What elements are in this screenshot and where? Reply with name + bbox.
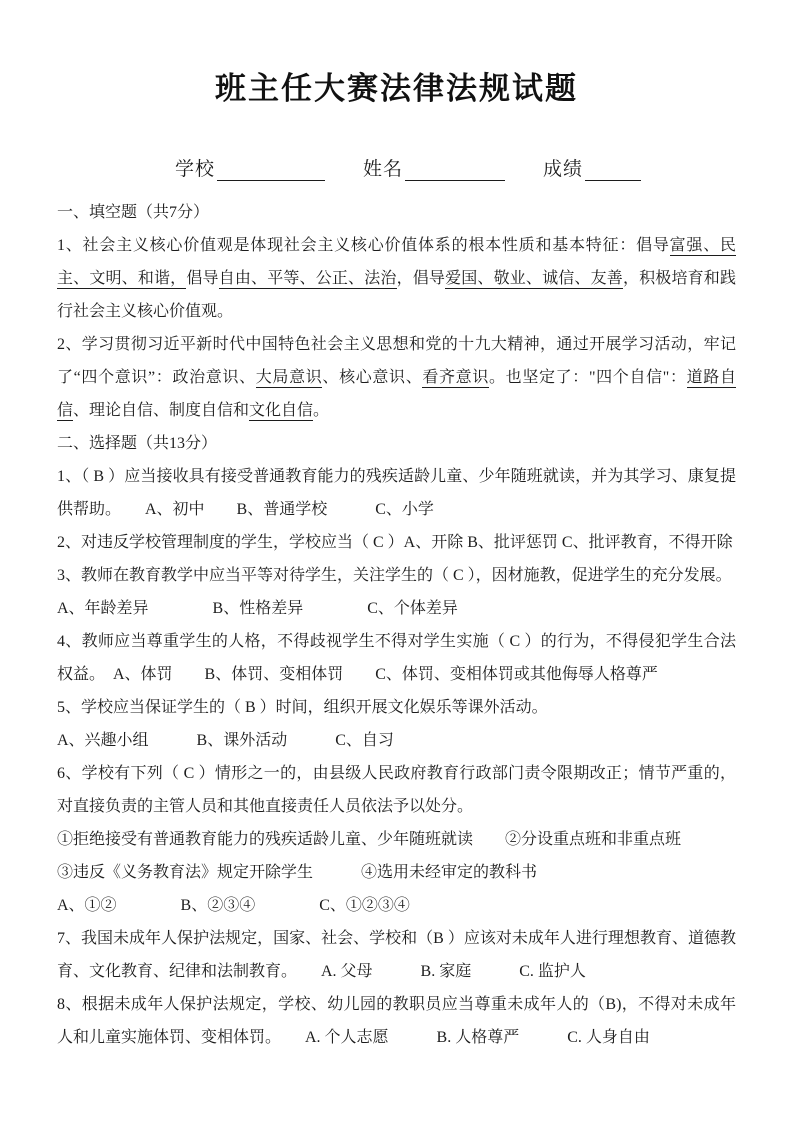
text-run: 3、教师在教育教学中应当平等对待学生，关注学生的（ C ），因材施教，促进学生的… <box>57 567 732 584</box>
text-run: A、①② B、②③④ C、①②③④ <box>57 897 410 914</box>
choice-question-5: 5、学校应当保证学生的（ B ）时间，组织开展文化娱乐等课外活动。 <box>57 691 736 724</box>
score-blank <box>585 160 641 181</box>
fill-in-answer: 大局意识 <box>256 369 323 388</box>
header-fields: 学校 姓名 成绩 <box>57 154 736 181</box>
document-page: 班主任大赛法律法规试题 学校 姓名 成绩 一、填空题（共7分）1、社会主义核心价… <box>0 0 793 1122</box>
choice-question-2: 2、对违反学校管理制度的学生，学校应当（ C ）A、开除 B、批评惩罚 C、批评… <box>57 526 736 559</box>
choice-question-6-items-1-2: ①拒绝接受有普通教育能力的残疾适龄儿童、少年随班就读 ②分设重点班和非重点班 <box>57 823 736 856</box>
fill-in-answer: 看齐意识 <box>422 369 489 388</box>
fill-in-answer: 自由、平等、公正、法治 <box>219 270 397 289</box>
section-2-heading: 二、选择题（共13分） <box>57 427 736 460</box>
choice-question-6-options: A、①② B、②③④ C、①②③④ <box>57 889 736 922</box>
score-label: 成绩 <box>543 154 583 181</box>
fill-question-2: 2、学习贯彻习近平新时代中国特色社会主义思想和党的十九大精神，通过开展学习活动，… <box>57 328 736 427</box>
text-run: 。也坚定了："四个自信"： <box>489 369 687 386</box>
page-title: 班主任大赛法律法规试题 <box>57 68 736 110</box>
text-run: 倡导 <box>186 270 218 287</box>
text-run: A、兴趣小组 B、课外活动 C、自习 <box>57 732 394 749</box>
choice-question-3-options: A、年龄差异 B、性格差异 C、个体差异 <box>57 592 736 625</box>
text-run: ③违反《义务教育法》规定开除学生 ④选用未经审定的教科书 <box>57 864 537 881</box>
text-run: 6、学校有下列（ C ）情形之一的，由县级人民政府教育行政部门责令限期改正；情节… <box>57 765 736 815</box>
text-run: 一、填空题（共7分） <box>57 204 209 221</box>
choice-question-6: 6、学校有下列（ C ）情形之一的，由县级人民政府教育行政部门责令限期改正；情节… <box>57 757 736 823</box>
choice-question-1: 1、（ B ）应当接收具有接受普通教育能力的残疾适龄儿童、少年随班就读，并为其学… <box>57 460 736 526</box>
document-body: 一、填空题（共7分）1、社会主义核心价值观是体现社会主义核心价值体系的根本性质和… <box>57 196 736 1054</box>
name-field: 姓名 <box>363 154 505 181</box>
text-run: 4、教师应当尊重学生的人格，不得歧视学生不得对学生实施（ C ）的行为，不得侵犯… <box>57 633 736 683</box>
choice-question-7: 7、我国未成年人保护法规定，国家、社会、学校和（B ）应该对未成年人进行理想教育… <box>57 922 736 988</box>
text-run: A、年龄差异 B、性格差异 C、个体差异 <box>57 600 458 617</box>
score-field: 成绩 <box>543 154 641 181</box>
text-run: 二、选择题（共13分） <box>57 435 217 452</box>
choice-question-3: 3、教师在教育教学中应当平等对待学生，关注学生的（ C ），因材施教，促进学生的… <box>57 559 736 592</box>
choice-question-5-options: A、兴趣小组 B、课外活动 C、自习 <box>57 724 736 757</box>
school-blank <box>217 160 325 181</box>
text-run: 7、我国未成年人保护法规定，国家、社会、学校和（B ）应该对未成年人进行理想教育… <box>57 930 736 980</box>
text-run: 2、对违反学校管理制度的学生，学校应当（ C ）A、开除 B、批评惩罚 C、批评… <box>57 534 733 551</box>
text-run: 1、（ B ）应当接收具有接受普通教育能力的残疾适龄儿童、少年随班就读，并为其学… <box>57 468 736 518</box>
text-run: 1、社会主义核心价值观是体现社会主义核心价值体系的根本性质和基本特征：倡导 <box>57 237 670 254</box>
fill-question-1: 1、社会主义核心价值观是体现社会主义核心价值体系的根本性质和基本特征：倡导富强、… <box>57 229 736 328</box>
text-run: ①拒绝接受有普通教育能力的残疾适龄儿童、少年随班就读 ②分设重点班和非重点班 <box>57 831 681 848</box>
name-label: 姓名 <box>363 154 403 181</box>
choice-question-8: 8、根据未成年人保护法规定，学校、幼儿园的教职员应当尊重未成年人的（B)，不得对… <box>57 988 736 1054</box>
choice-question-4: 4、教师应当尊重学生的人格，不得歧视学生不得对学生实施（ C ）的行为，不得侵犯… <box>57 625 736 691</box>
school-label: 学校 <box>175 154 215 181</box>
fill-in-answer: 文化自信 <box>249 402 313 421</box>
fill-in-answer: 爱国、敬业、诚信、友善 <box>445 270 623 289</box>
name-blank <box>405 160 505 181</box>
choice-question-6-items-3-4: ③违反《义务教育法》规定开除学生 ④选用未经审定的教科书 <box>57 856 736 889</box>
text-run: ，倡导 <box>397 270 446 287</box>
text-run: 、理论自信、制度自信和 <box>73 402 249 419</box>
school-field: 学校 <box>175 154 325 181</box>
text-run: 5、学校应当保证学生的（ B ）时间，组织开展文化娱乐等课外活动。 <box>57 699 548 716</box>
text-run: 。 <box>313 402 329 419</box>
section-1-heading: 一、填空题（共7分） <box>57 196 736 229</box>
text-run: 8、根据未成年人保护法规定，学校、幼儿园的教职员应当尊重未成年人的（B)，不得对… <box>57 996 736 1046</box>
text-run: 、核心意识、 <box>322 369 422 386</box>
